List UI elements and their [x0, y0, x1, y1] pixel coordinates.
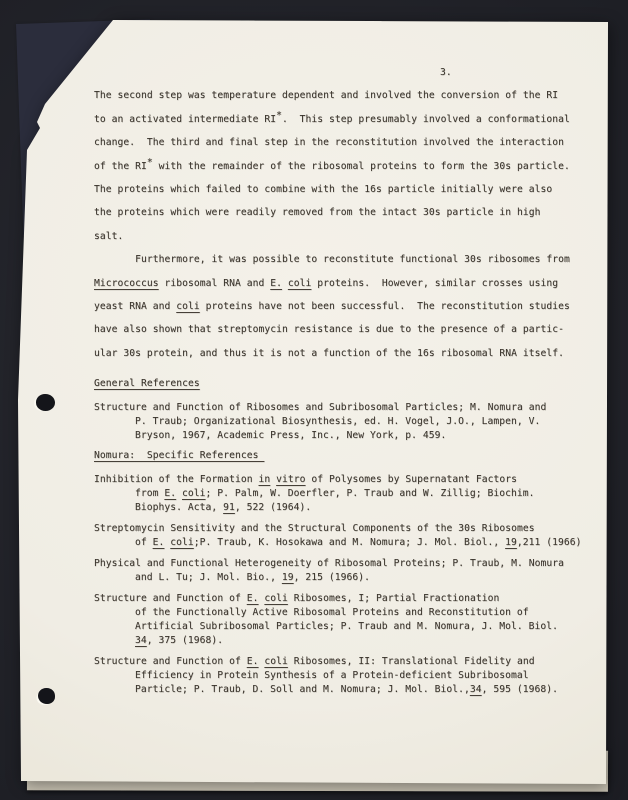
text-line: Artificial Subribosomal Particles; P. Tr…: [94, 620, 602, 634]
text-segment: Micrococcus: [94, 278, 159, 289]
text-segment: of the Functionally Active Ribosomal Pro…: [135, 607, 529, 618]
text-segment: coli: [170, 537, 194, 548]
text-line: the proteins which were readily removed …: [94, 201, 602, 224]
text-segment: *: [147, 157, 153, 168]
text-line: yeast RNA and coli proteins have not bee…: [94, 295, 602, 318]
text-segment: with the remainder of the ribosomal prot…: [153, 161, 570, 172]
text-segment: Structure and Function of Ribosomes and …: [94, 402, 546, 413]
text-line: of E. coli;P. Traub, K. Hosokawa and M. …: [94, 536, 602, 550]
text-line: Streptomycin Sensitivity and the Structu…: [94, 522, 602, 536]
text-line: of the Functionally Active Ribosomal Pro…: [94, 606, 602, 620]
photo-background: 3.The second step was temperature depend…: [0, 0, 628, 800]
text-segment: Inhibition of the Formation: [94, 474, 259, 485]
text-line: Physical and Functional Heterogeneity of…: [94, 557, 602, 571]
text-segment: General References: [94, 378, 200, 389]
text-segment: of the RI: [94, 161, 147, 172]
text-segment: E.: [270, 278, 282, 289]
page-text: 3.The second step was temperature depend…: [94, 61, 602, 697]
text-segment: ribosomal RNA and: [159, 278, 271, 289]
text-segment: yeast RNA and: [94, 301, 176, 312]
text-segment: ; P. Palm, W. Doerfler, P. Traub and W. …: [206, 488, 535, 499]
text-line: ular 30s protein, and thus it is not a f…: [94, 342, 602, 365]
text-line: and L. Tu; J. Mol. Bio., 19, 215 (1966).: [94, 571, 602, 585]
text-segment: E.: [164, 488, 176, 499]
reference-entry: Structure and Function of E. coli Riboso…: [94, 592, 602, 648]
text-segment: E.: [247, 593, 259, 604]
text-segment: ;P. Traub, K. Hosokawa and M. Nomura; J.…: [194, 537, 505, 548]
text-segment: the proteins which were readily removed …: [94, 207, 540, 218]
text-segment: of Polysomes by Supernatant Factors: [306, 474, 518, 485]
text-line: Furthermore, it was possible to reconsti…: [94, 248, 602, 271]
text-line: Particle; P. Traub, D. Soll and M. Nomur…: [94, 683, 602, 697]
hole-punch-bottom: [38, 688, 55, 704]
text-segment: coli: [264, 593, 288, 604]
paper-shadow-wrap: 3.The second step was temperature depend…: [0, 0, 628, 800]
text-line: of the RI* with the remainder of the rib…: [94, 155, 602, 178]
text-line: The second step was temperature dependen…: [94, 84, 602, 107]
section-heading: Nomura: Specific References: [94, 449, 602, 463]
text-segment: . This step presumably involved a confor…: [282, 114, 570, 125]
text-segment: 91: [223, 502, 235, 513]
reference-entry: Structure and Function of Ribosomes and …: [94, 401, 602, 443]
section-heading: General References: [94, 377, 602, 391]
text-segment: Artificial Subribosomal Particles; P. Tr…: [135, 621, 558, 632]
text-segment: , 375 (1968).: [147, 635, 223, 646]
text-segment: Physical and Functional Heterogeneity of…: [94, 558, 564, 569]
text-segment: have also shown that streptomycin resist…: [94, 324, 564, 335]
text-segment: Structure and Function of: [94, 593, 247, 604]
text-line: The proteins which failed to combine wit…: [94, 178, 602, 201]
paragraph: The second step was temperature dependen…: [94, 84, 602, 365]
text-segment: coli: [182, 488, 206, 499]
text-line: 3.: [94, 61, 602, 84]
text-line: Structure and Function of E. coli Riboso…: [94, 655, 602, 669]
text-segment: proteins. However, similar crosses using: [311, 278, 558, 289]
text-line: Inhibition of the Formation in vitro of …: [94, 473, 602, 487]
text-segment: vitro: [276, 474, 305, 485]
text-segment: coli: [176, 301, 200, 312]
text-segment: P. Traub; Organizational Biosynthesis, e…: [135, 416, 540, 427]
hole-punch-top: [36, 394, 55, 411]
text-line: to an activated intermediate RI*. This s…: [94, 108, 602, 131]
text-segment: ular 30s protein, and thus it is not a f…: [94, 348, 564, 359]
text-segment: and L. Tu; J. Mol. Bio.,: [135, 572, 282, 583]
text-line: Micrococcus ribosomal RNA and E. coli pr…: [94, 272, 602, 295]
text-segment: change. The third and final step in the …: [94, 137, 564, 148]
text-segment: 19: [505, 537, 517, 548]
text-segment: , 522 (1964).: [235, 502, 311, 513]
text-segment: salt.: [94, 231, 123, 242]
reference-entry: Inhibition of the Formation in vitro of …: [94, 473, 602, 515]
reference-entry: Structure and Function of E. coli Riboso…: [94, 655, 602, 697]
text-line: Structure and Function of Ribosomes and …: [94, 401, 602, 415]
text-segment: 19: [282, 572, 294, 583]
text-segment: Ribosomes, II: Translational Fidelity an…: [288, 656, 535, 667]
text-segment: of: [135, 537, 153, 548]
text-segment: Ribosomes, I; Partial Fractionation: [288, 593, 500, 604]
text-line: Bryson, 1967, Academic Press, Inc., New …: [94, 429, 602, 443]
text-segment: to an activated intermediate RI: [94, 114, 276, 125]
text-line: P. Traub; Organizational Biosynthesis, e…: [94, 415, 602, 429]
text-segment: coli: [264, 656, 288, 667]
text-segment: , 215 (1966).: [294, 572, 370, 583]
text-segment: Particle; P. Traub, D. Soll and M. Nomur…: [135, 684, 470, 695]
text-segment: 34: [470, 684, 482, 695]
text-segment: Nomura: Specific References: [94, 450, 264, 461]
text-segment: E.: [247, 656, 259, 667]
text-line: change. The third and final step in the …: [94, 131, 602, 154]
text-line: General References: [94, 377, 602, 391]
text-segment: ,211 (1966): [517, 537, 582, 548]
text-segment: 34: [135, 635, 147, 646]
text-segment: The second step was temperature dependen…: [94, 90, 558, 101]
text-segment: Furthermore, it was possible to reconsti…: [94, 254, 570, 265]
text-segment: proteins have not been successful. The r…: [200, 301, 570, 312]
text-line: have also shown that streptomycin resist…: [94, 318, 602, 341]
text-segment: *: [276, 110, 282, 121]
reference-entry: Physical and Functional Heterogeneity of…: [94, 557, 602, 585]
text-segment: Bryson, 1967, Academic Press, Inc., New …: [135, 430, 446, 441]
document-page: 3.The second step was temperature depend…: [17, 20, 609, 786]
page-number: 3.: [94, 61, 602, 84]
text-line: Nomura: Specific References: [94, 449, 602, 463]
text-segment: 3.: [440, 67, 452, 78]
text-segment: The proteins which failed to combine wit…: [94, 184, 552, 195]
text-line: from E. coli; P. Palm, W. Doerfler, P. T…: [94, 487, 602, 501]
text-line: Efficiency in Protein Synthesis of a Pro…: [94, 669, 602, 683]
text-line: 34, 375 (1968).: [94, 634, 602, 648]
reference-entry: Streptomycin Sensitivity and the Structu…: [94, 522, 602, 550]
text-segment: Structure and Function of: [94, 656, 247, 667]
text-line: Structure and Function of E. coli Riboso…: [94, 592, 602, 606]
text-line: salt.: [94, 225, 602, 248]
text-segment: in: [259, 474, 271, 485]
text-line: Biophys. Acta, 91, 522 (1964).: [94, 501, 602, 515]
text-segment: Efficiency in Protein Synthesis of a Pro…: [135, 670, 529, 681]
text-segment: Streptomycin Sensitivity and the Structu…: [94, 523, 535, 534]
text-segment: from: [135, 488, 164, 499]
text-segment: coli: [288, 278, 312, 289]
text-segment: , 595 (1968).: [482, 684, 558, 695]
text-segment: Biophys. Acta,: [135, 502, 223, 513]
text-segment: E.: [153, 537, 165, 548]
